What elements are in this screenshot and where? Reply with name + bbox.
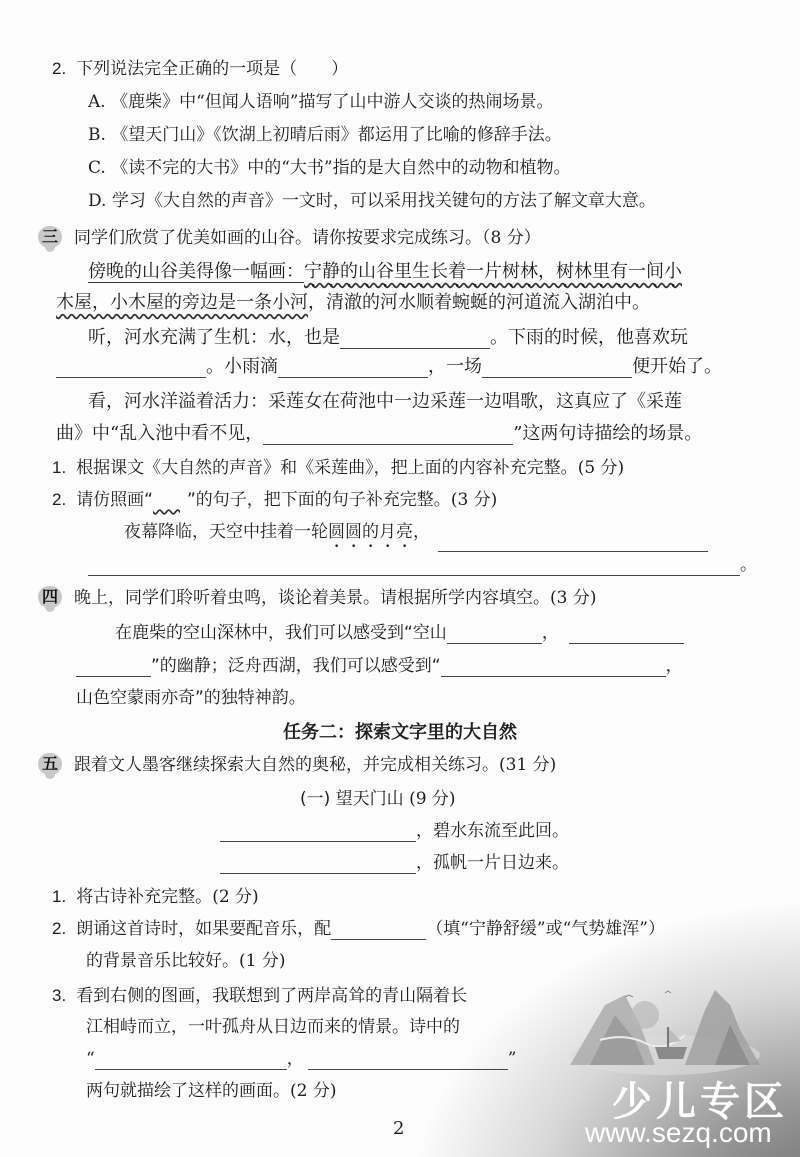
section-5-header: 五跟着文人墨客继续探索大自然的奥秘，并完成相关练习。(31 分): [38, 753, 556, 777]
passage-line-5: 看，河水洋溢着活力：采莲女在荷池中一边采莲一边唱歌，这真应了《采莲: [88, 391, 682, 413]
fill-blank[interactable]: [220, 823, 416, 842]
question-number: 1.: [52, 887, 66, 906]
passage-line-6: 曲》中“乱入池中看不见，”这两句诗描绘的场景。: [56, 423, 702, 445]
fill-blank[interactable]: [76, 658, 151, 677]
question-text: （填“宁静舒缓”或“气势雄浑”）: [426, 919, 665, 939]
mountain-boat-illustration: [565, 985, 765, 1075]
question-text: 的背景音乐比较好。: [86, 951, 239, 971]
question-2-prompt: 2.下列说法完全正确的一项是（ ）: [52, 58, 348, 80]
question-text: 根据课文《大自然的声音》和《采莲曲》，把上面的内容补充完整。: [76, 458, 578, 478]
quote-mark: “: [86, 1049, 95, 1069]
option-c: C. 《读不完的大书》中的“大书”指的是大自然中的动物和植物。: [88, 157, 571, 179]
passage-text: 便开始了。: [632, 356, 722, 377]
option-text: 《鹿柴》中“但闻人语响”描写了山中游人交谈的热闹场景。: [111, 92, 553, 112]
section-3-header: 三同学们欣赏了优美如画的山谷。请你按要求完成练习。（8 分）: [38, 226, 541, 250]
question-text: 朗诵这首诗时，如果要配音乐，配: [76, 919, 331, 939]
option-text: 学习《大自然的声音》一文时，可以采用找关键句的方法了解文章大意。: [112, 191, 656, 211]
question-text: 请仿照画“: [76, 490, 153, 510]
sentence-text: 夜幕降临，天空中挂着一轮: [124, 522, 328, 542]
section-4-line-3: 山色空蒙雨亦奇”的独特神韵。: [76, 687, 306, 709]
passage-text: 。下雨的时候，他喜欢玩: [490, 327, 688, 348]
section-5-q3-line-3: “，”: [86, 1048, 516, 1070]
fill-blank[interactable]: [482, 359, 632, 378]
fill-blank[interactable]: [569, 625, 684, 644]
fill-blank[interactable]: [331, 921, 426, 940]
passage-line-1: 傍晚的山谷美得像一幅画：宁静的山谷里生长着一片树林，树林里有一间小: [88, 261, 682, 292]
option-label: C.: [88, 158, 106, 178]
fill-blank[interactable]: [308, 1051, 508, 1070]
question-score: (5 分): [578, 458, 624, 478]
straight-underlined-text: 傍晚的山谷美得像一幅画：: [88, 261, 304, 283]
imitation-answer-line: 。: [88, 554, 757, 576]
question-score: (3 分): [451, 490, 497, 510]
question-number: 2.: [52, 919, 66, 938]
subsection-score: (9 分): [409, 789, 455, 809]
option-text: 《望天门山》《饮湖上初晴后雨》都运用了比喻的修辞手法。: [111, 125, 562, 145]
watermark-url: www.sezq.com: [585, 1117, 772, 1149]
question-text: 江相峙而立，一叶孤舟从日边而来的情景。诗中的: [86, 1017, 460, 1037]
end-punctuation: 。: [740, 555, 757, 575]
section-score: (31 分): [499, 755, 556, 775]
question-number: 2.: [52, 490, 66, 509]
section-5-q2-cont: 的背景音乐比较好。(1 分): [86, 950, 285, 972]
section-5-q3-line-1: 3.看到右侧的图画，我联想到了两岸高耸的青山隔着长: [52, 985, 467, 1007]
poem-line-1: ，碧水东流至此回。: [220, 820, 569, 842]
question-text: 两句就描绘了这样的画面。: [86, 1081, 290, 1101]
fill-blank[interactable]: [447, 625, 542, 644]
comma: ，: [287, 1049, 304, 1069]
passage-text: ”这两句诗描绘的场景。: [513, 423, 702, 444]
section-4-header: 四晚上，同学们聆听着虫鸣，谈论着美景。请根据所学内容填空。(3 分): [38, 586, 596, 610]
page-number: 2: [393, 1118, 404, 1139]
passage-line-3: 听，河水充满了生机：水，也是。下雨的时候，他喜欢玩: [88, 327, 688, 349]
question-score: (2 分): [212, 887, 258, 907]
fill-blank[interactable]: [95, 1051, 287, 1070]
subsection-name: (一) 望天门山: [300, 789, 404, 809]
fill-blank[interactable]: [220, 855, 416, 874]
section-4-line-2: ”的幽静；泛舟西湖，我们可以感受到“，: [76, 655, 683, 677]
quote-mark: ”: [508, 1049, 517, 1069]
passage-text: ”的幽静；泛舟西湖，我们可以感受到“: [151, 656, 441, 676]
question-score: (2 分): [290, 1081, 336, 1101]
wavy-underline-sample: [153, 489, 187, 511]
fill-blank[interactable]: [263, 426, 513, 445]
fill-blank[interactable]: [88, 557, 740, 576]
option-label: B.: [88, 125, 106, 145]
wavy-underlined-text: 木屋，小木屋的旁边是一条小河: [56, 292, 308, 313]
imitation-sentence: 夜幕降临，天空中挂着一轮圆圆的月亮，: [124, 521, 708, 552]
section-5-q2: 2.朗诵这首诗时，如果要配音乐，配（填“宁静舒缓”或“气势雄浑”）: [52, 918, 665, 940]
question-score: (1 分): [239, 951, 285, 971]
section-score: (3 分): [550, 588, 596, 608]
section-3-q2: 2.请仿照画“ ”的句子，把下面的句子补充完整。(3 分): [52, 489, 497, 511]
fill-blank[interactable]: [438, 533, 708, 552]
passage-text: 看，河水洋溢着活力：采莲女在荷池中一边采莲一边唱歌，这真应了《采莲: [88, 391, 682, 412]
passage-text: 。小雨滴: [206, 356, 278, 377]
question-text: 看到右侧的图画，我联想到了两岸高耸的青山隔着长: [76, 986, 467, 1006]
question-text: ”的句子，把下面的句子补充完整。: [187, 490, 451, 510]
section-badge: 三: [38, 226, 64, 250]
dotted-text: 圆圆的月亮: [328, 522, 413, 542]
section-score: （8 分）: [482, 228, 541, 248]
section-badge: 四: [38, 586, 64, 610]
fill-blank[interactable]: [56, 359, 206, 378]
question-number: 1.: [52, 458, 66, 477]
section-title: 跟着文人墨客继续探索大自然的奥秘，并完成相关练习。: [74, 755, 499, 775]
question-text: 将古诗补充完整。: [76, 887, 212, 907]
option-b: B. 《望天门山》《饮湖上初晴后雨》都运用了比喻的修辞手法。: [88, 124, 562, 146]
wavy-underlined-text: 宁静的山谷里生长着一片树林，树林里有一间小: [304, 261, 682, 282]
section-5-q3-line-2: 江相峙而立，一叶孤舟从日边而来的情景。诗中的: [86, 1016, 460, 1038]
section-badge: 五: [38, 753, 64, 777]
poem-text: ，碧水东流至此回。: [416, 821, 569, 841]
section-3-q1: 1.根据课文《大自然的声音》和《采莲曲》，把上面的内容补充完整。(5 分): [52, 457, 624, 479]
passage-text: ，: [666, 656, 683, 676]
section-5-q1: 1.将古诗补充完整。(2 分): [52, 886, 259, 908]
poem-text: ，孤帆一片日边来。: [416, 853, 569, 873]
option-label: A.: [88, 92, 106, 112]
question-text: 下列说法完全正确的一项是（ ）: [76, 59, 348, 79]
option-text: 《读不完的大书》中的“大书”指的是大自然中的动物和植物。: [111, 158, 570, 178]
passage-text: ，: [542, 623, 559, 643]
passage-text: 曲》中“乱入池中看不见，: [56, 423, 263, 444]
passage-line-2: 木屋，小木屋的旁边是一条小河，清澈的河水顺着蜿蜒的河道流入湖泊中。: [56, 292, 650, 314]
passage-text: ，清澈的河水顺着蜿蜒的河道流入湖泊中。: [308, 292, 650, 313]
passage-text: 在鹿柴的空山深林中，我们可以感受到“空山: [115, 623, 447, 643]
section-4-line-1: 在鹿柴的空山深林中，我们可以感受到“空山，: [115, 622, 684, 644]
passage-line-4: 。小雨滴，一场便开始了。: [56, 356, 722, 378]
passage-text: ，一场: [428, 356, 482, 377]
question-number: 3.: [52, 986, 66, 1005]
fill-blank[interactable]: [278, 359, 428, 378]
option-label: D.: [88, 191, 106, 211]
passage-text: 听，河水充满了生机：水，也是: [88, 327, 340, 348]
sentence-text: ，: [413, 522, 430, 542]
option-d: D. 学习《大自然的声音》一文时，可以采用找关键句的方法了解文章大意。: [88, 190, 656, 212]
section-5-q3-line-4: 两句就描绘了这样的画面。(2 分): [86, 1080, 336, 1102]
passage-text: 山色空蒙雨亦奇”的独特神韵。: [76, 688, 306, 708]
section-title: 同学们欣赏了优美如画的山谷。请你按要求完成练习。: [74, 228, 482, 248]
option-a: A. 《鹿柴》中“但闻人语响”描写了山中游人交谈的热闹场景。: [88, 91, 553, 113]
fill-blank[interactable]: [441, 658, 666, 677]
task-2-title: 任务二：探索文字里的大自然: [0, 718, 800, 744]
poem-line-2: ，孤帆一片日边来。: [220, 852, 569, 874]
fill-blank[interactable]: [340, 330, 490, 349]
section-title: 晚上，同学们聆听着虫鸣，谈论着美景。请根据所学内容填空。: [74, 588, 550, 608]
subsection-title: (一) 望天门山 (9 分): [300, 788, 456, 810]
question-number: 2.: [52, 59, 66, 78]
